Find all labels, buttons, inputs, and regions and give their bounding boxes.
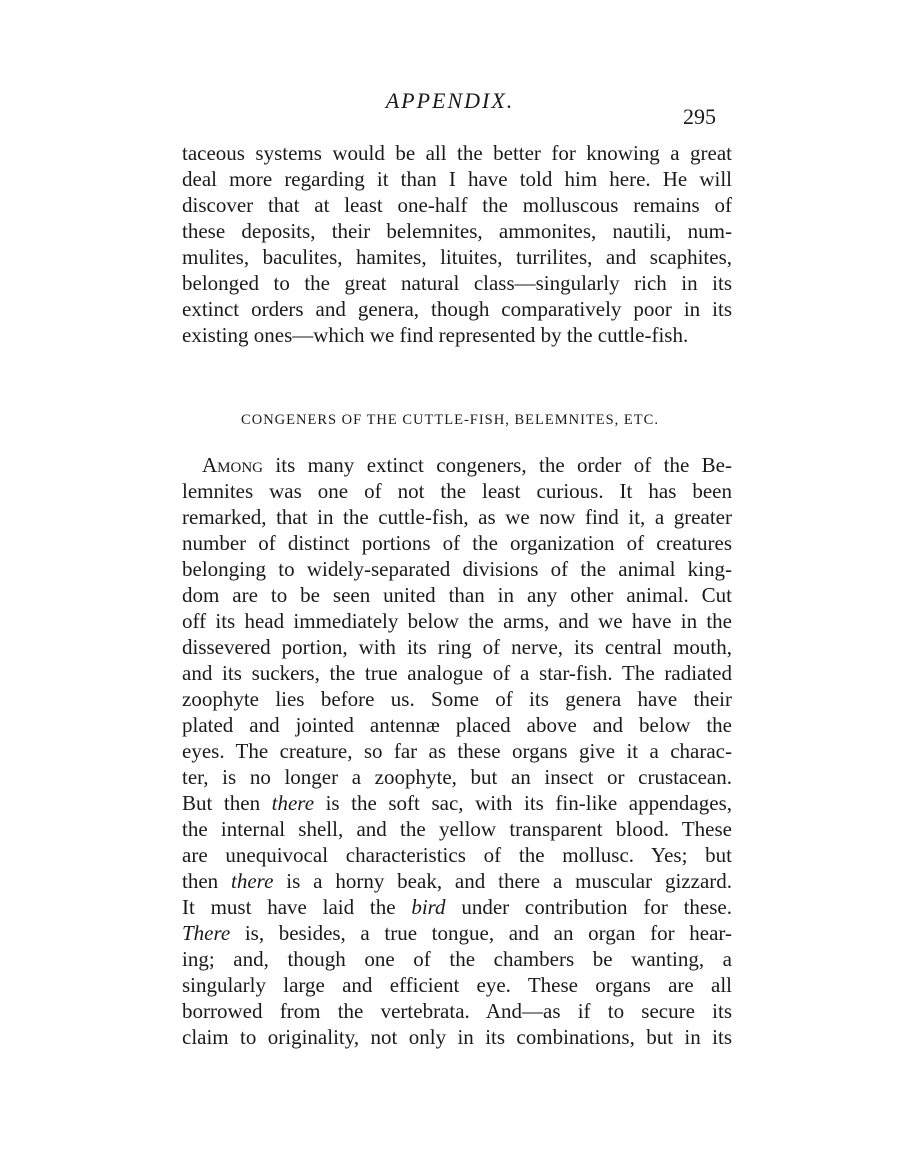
text-line: and its suckers, the true analogue of a … <box>182 660 732 686</box>
section-heading: CONGENERS OF THE CUTTLE-FISH, BELEMNITES… <box>0 412 900 429</box>
text-line: ter, is no longer a zoophyte, but an ins… <box>182 764 732 790</box>
text-line: But then there is the soft sac, with its… <box>182 790 732 816</box>
book-page: APPENDIX. 295 taceous systems would be a… <box>0 0 900 1150</box>
text-line: There is, besides, a true tongue, and an… <box>182 920 732 946</box>
text-line: remarked, that in the cuttle-fish, as we… <box>182 504 732 530</box>
text-line: belonging to widely-separated divisions … <box>182 556 732 582</box>
text-line: existing ones—which we find represented … <box>182 322 732 348</box>
text-line: mulites, baculites, hamites, lituites, t… <box>182 244 732 270</box>
italic-emphasis: there <box>272 791 314 815</box>
text-line: zoophyte lies before us. Some of its gen… <box>182 686 732 712</box>
text-line: borrowed from the vertebrata. And—as if … <box>182 998 732 1024</box>
text-line: dom are to be seen united than in any ot… <box>182 582 732 608</box>
running-title: APPENDIX. <box>0 88 900 114</box>
text-line: plated and jointed antennæ placed above … <box>182 712 732 738</box>
text-line: It must have laid the bird under contrib… <box>182 894 732 920</box>
text-line: claim to originality, not only in its co… <box>182 1024 732 1050</box>
paragraph-body: Among its many extinct congeners, the or… <box>182 452 732 1050</box>
text-line: the internal shell, and the yellow trans… <box>182 816 732 842</box>
text-line: off its head immediately below the arms,… <box>182 608 732 634</box>
page-number: 295 <box>683 104 716 130</box>
text-line: discover that at least one-half the moll… <box>182 192 732 218</box>
drop-lead-word: Among <box>202 453 263 477</box>
italic-emphasis: bird <box>411 895 445 919</box>
text-line: number of distinct portions of the organ… <box>182 530 732 556</box>
text-line: Among its many extinct congeners, the or… <box>182 452 732 478</box>
text-line: taceous systems would be all the better … <box>182 140 732 166</box>
text-line: singularly large and efficient eye. Thes… <box>182 972 732 998</box>
paragraph-continued: taceous systems would be all the better … <box>182 140 732 348</box>
text-line: belonged to the great natural class—sing… <box>182 270 732 296</box>
text-line: eyes. The creature, so far as these orga… <box>182 738 732 764</box>
italic-emphasis: there <box>231 869 273 893</box>
text-line: deal more regarding it than I have told … <box>182 166 732 192</box>
italic-emphasis: There <box>182 921 230 945</box>
text-line: extinct orders and genera, though compar… <box>182 296 732 322</box>
text-line: are unequivocal characteristics of the m… <box>182 842 732 868</box>
text-line: lemnites was one of not the least curiou… <box>182 478 732 504</box>
text-line: ing; and, though one of the chambers be … <box>182 946 732 972</box>
text-line: these deposits, their belemnites, ammoni… <box>182 218 732 244</box>
text-line: then there is a horny beak, and there a … <box>182 868 732 894</box>
text-line: dissevered portion, with its ring of ner… <box>182 634 732 660</box>
